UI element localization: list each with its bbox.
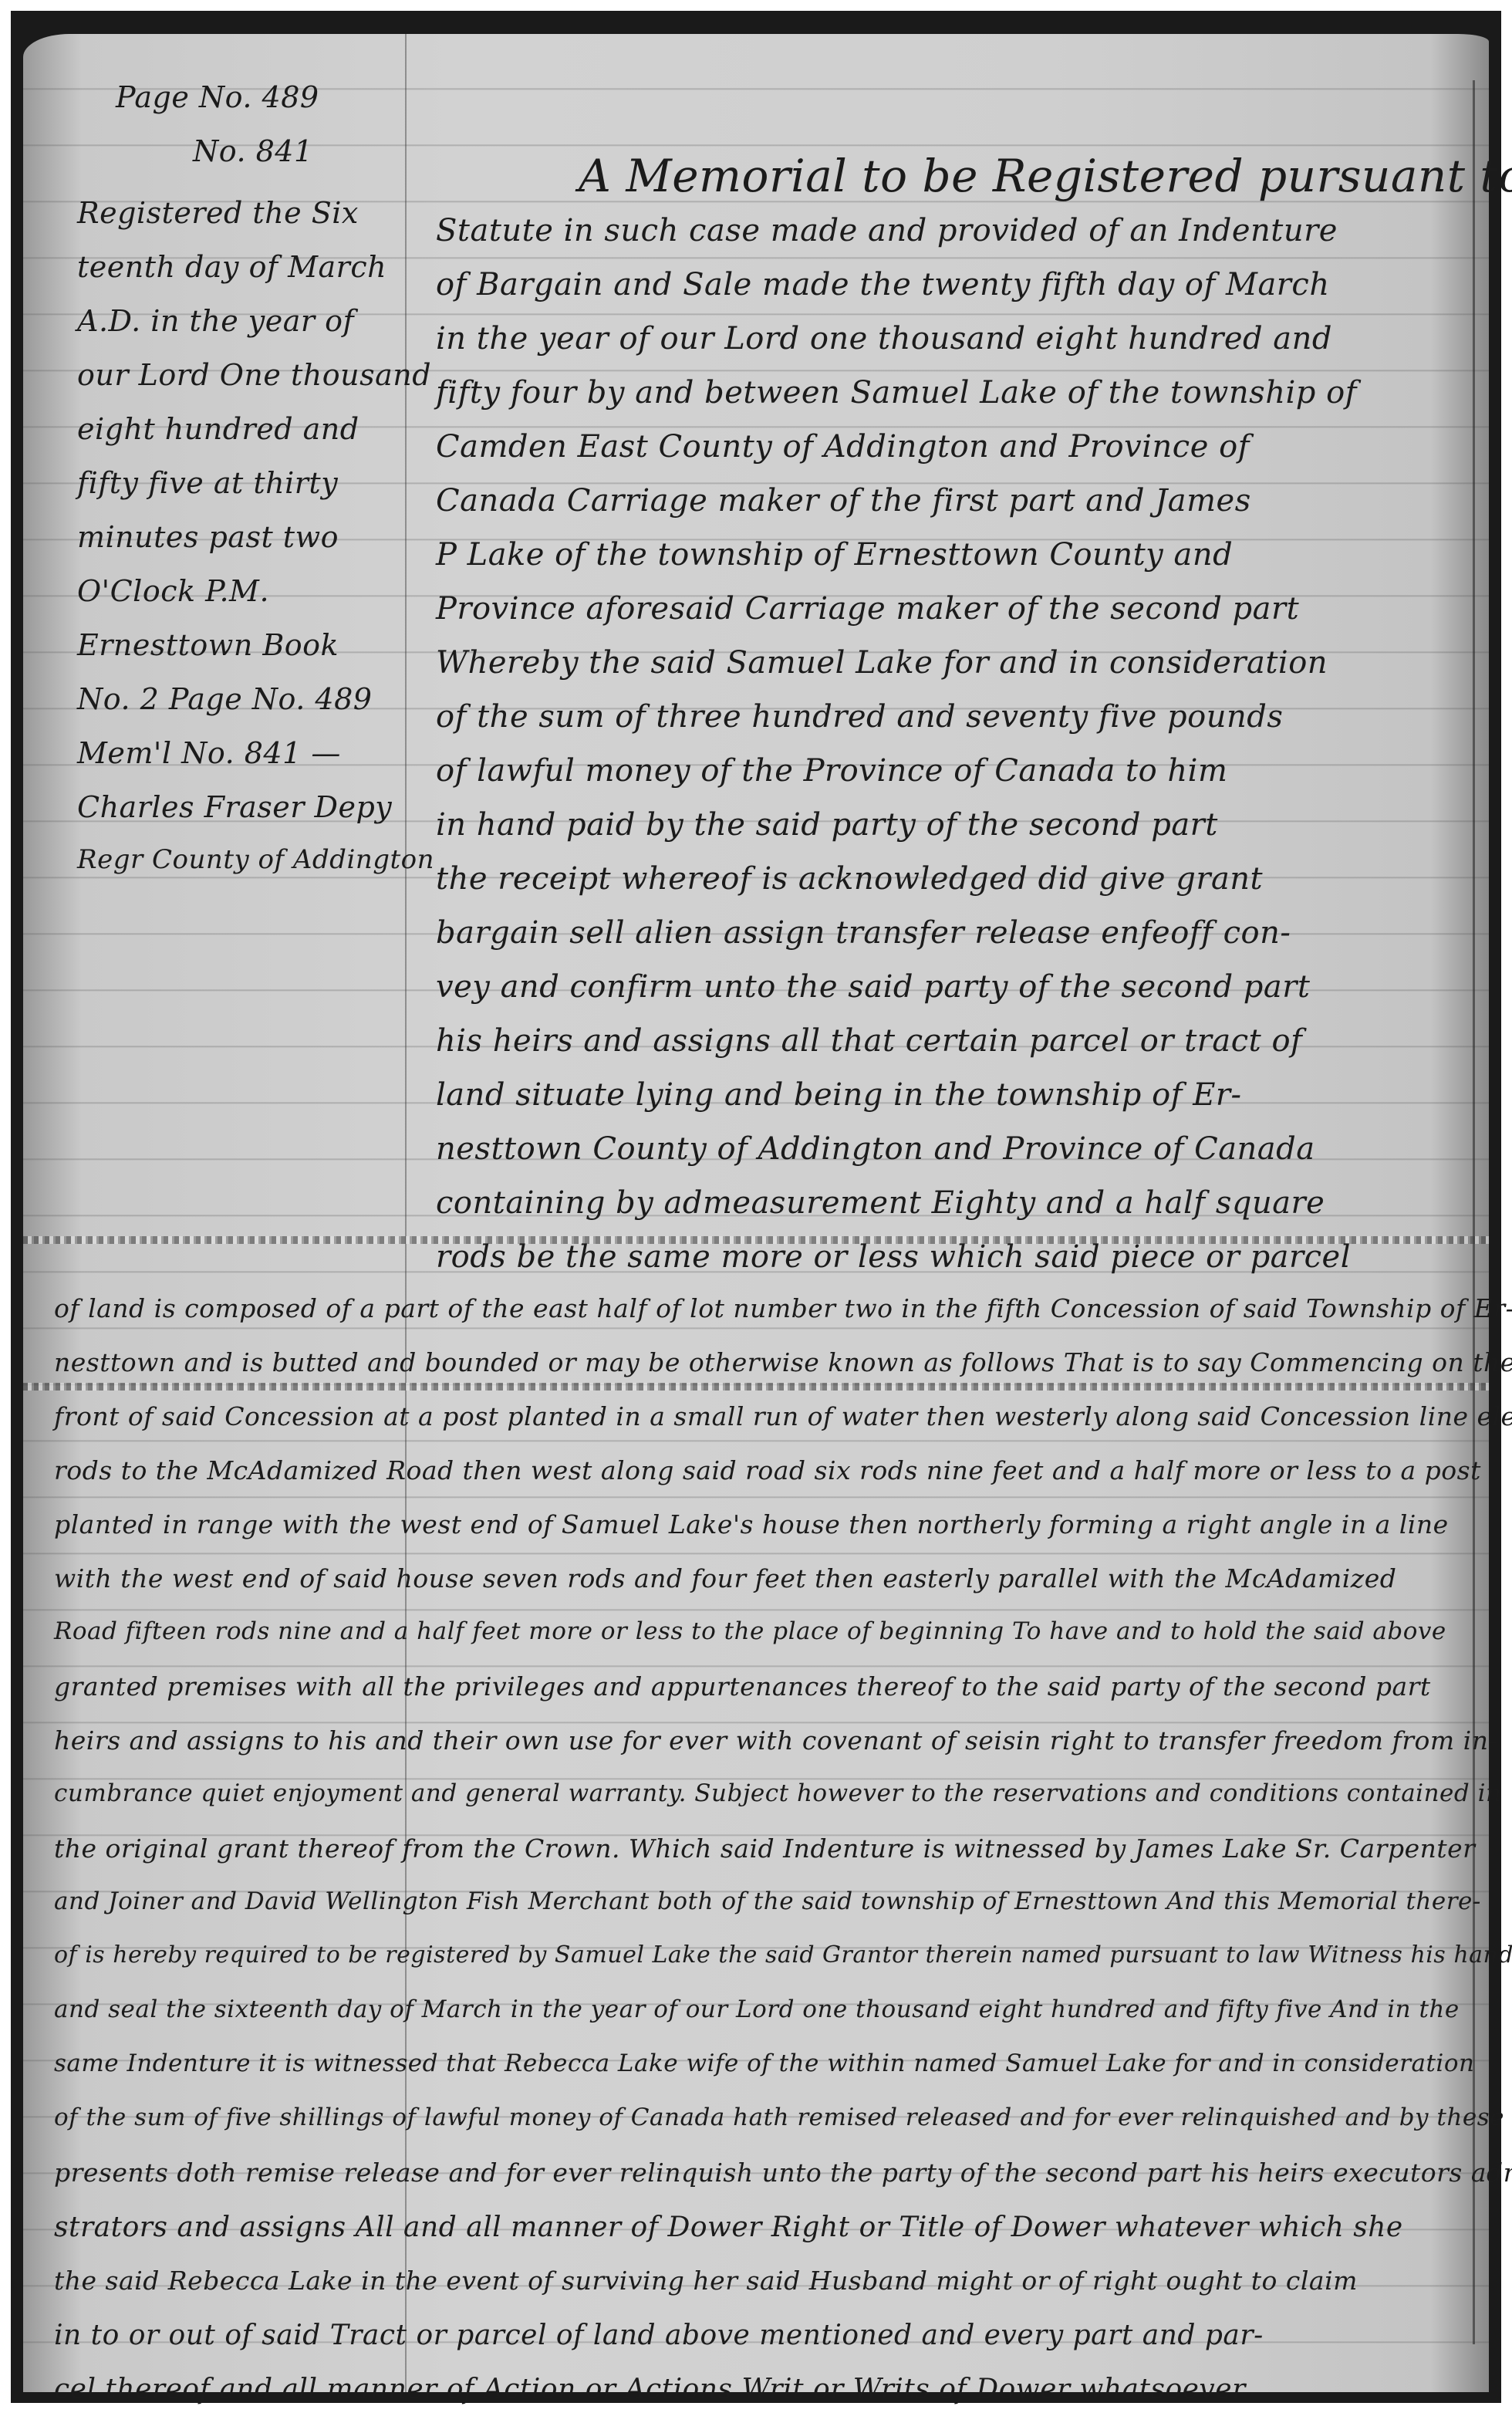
full-line: of is hereby required to be registered b… [54, 1941, 1512, 1968]
full-line: and seal the sixteenth day of March in t… [54, 1996, 1460, 2023]
body-line: Whereby the said Samuel Lake for and in … [436, 645, 1328, 681]
margin-note-line: eight hundred and [77, 412, 359, 446]
full-line: same Indenture it is witnessed that Rebe… [54, 2050, 1474, 2077]
body-line: containing by admeasurement Eighty and a… [436, 1185, 1325, 1221]
margin-note-line: O'Clock P.M. [77, 574, 269, 608]
ledger-page: Page No. 489 No. 841 Registered the Six … [23, 34, 1489, 2392]
right-edge-rule [1473, 80, 1475, 2344]
body-line: his heirs and assigns all that certain p… [436, 1023, 1302, 1059]
full-line: front of said Concession at a post plant… [54, 1401, 1512, 1431]
body-line: in hand paid by the said party of the se… [436, 807, 1218, 843]
body-line: of lawful money of the Province of Canad… [436, 753, 1227, 789]
memorial-title: A Memorial to be Registered pursuant to … [579, 150, 1512, 202]
memorial-number: No. 841 [193, 134, 313, 168]
full-line: with the west end of said house seven ro… [54, 1563, 1396, 1593]
body-line: Camden East County of Addington and Prov… [436, 429, 1250, 465]
body-line: bargain sell alien assign transfer relea… [436, 915, 1291, 951]
full-line: heirs and assigns to his and their own u… [54, 1725, 1497, 1756]
body-line: the receipt whereof is acknowledged did … [436, 861, 1263, 897]
body-line: Canada Carriage maker of the first part … [436, 483, 1251, 519]
scan-artifact-streak [23, 1383, 1489, 1391]
full-line: the said Rebecca Lake in the event of su… [54, 2266, 1358, 2296]
margin-note-line: fifty five at thirty [77, 466, 338, 500]
full-line: Road fifteen rods nine and a half feet m… [54, 1617, 1446, 1645]
body-line: land situate lying and being in the town… [436, 1077, 1242, 1113]
full-line: strators and assigns All and all manner … [54, 2212, 1403, 2243]
full-line: granted premises with all the privileges… [54, 1671, 1431, 1702]
margin-note-line: our Lord One thousand [77, 358, 431, 392]
margin-note-line: No. 2 Page No. 489 [77, 682, 372, 716]
body-line: vey and confirm unto the said party of t… [436, 969, 1310, 1005]
body-line: in the year of our Lord one thousand eig… [436, 321, 1332, 357]
page-number: Page No. 489 [116, 80, 319, 114]
full-line: the original grant thereof from the Crow… [54, 1833, 1475, 1864]
body-line: Statute in such case made and provided o… [436, 213, 1338, 248]
body-line: Province aforesaid Carriage maker of the… [436, 591, 1299, 627]
margin-note-line: minutes past two [77, 520, 339, 554]
margin-note-line: Registered the Six [77, 196, 359, 230]
full-line: cumbrance quiet enjoyment and general wa… [54, 1779, 1501, 1807]
margin-note-line: Charles Fraser Depy [77, 790, 392, 824]
full-line: nesttown and is butted and bounded or ma… [54, 1347, 1512, 1377]
body-line: of the sum of three hundred and seventy … [436, 699, 1283, 735]
body-line: of Bargain and Sale made the twenty fift… [436, 267, 1330, 302]
full-line: in to or out of said Tract or parcel of … [54, 2320, 1264, 2351]
margin-note-line: A.D. in the year of [77, 304, 354, 338]
body-line: P Lake of the township of Ernesttown Cou… [436, 537, 1233, 573]
full-line: presents doth remise release and for eve… [54, 2158, 1512, 2188]
full-line: of land is composed of a part of the eas… [54, 1293, 1512, 1323]
full-line: and Joiner and David Wellington Fish Mer… [54, 1887, 1481, 1915]
full-line: planted in range with the west end of Sa… [54, 1509, 1449, 1539]
body-line: nesttown County of Addington and Provinc… [436, 1131, 1315, 1167]
full-line: rods to the McAdamized Road then west al… [54, 1455, 1481, 1485]
margin-note-line: Regr County of Addington [77, 844, 434, 875]
margin-note-line: teenth day of March [77, 250, 386, 284]
body-line: rods be the same more or less which said… [436, 1239, 1351, 1275]
full-line: of the sum of five shillings of lawful m… [54, 2104, 1504, 2131]
margin-note-line: Mem'l No. 841 — [77, 736, 341, 770]
body-line: fifty four by and between Samuel Lake of… [436, 375, 1357, 411]
full-line: cel thereof and all manner of Action or … [54, 2374, 1246, 2405]
margin-note-line: Ernesttown Book [77, 628, 339, 662]
